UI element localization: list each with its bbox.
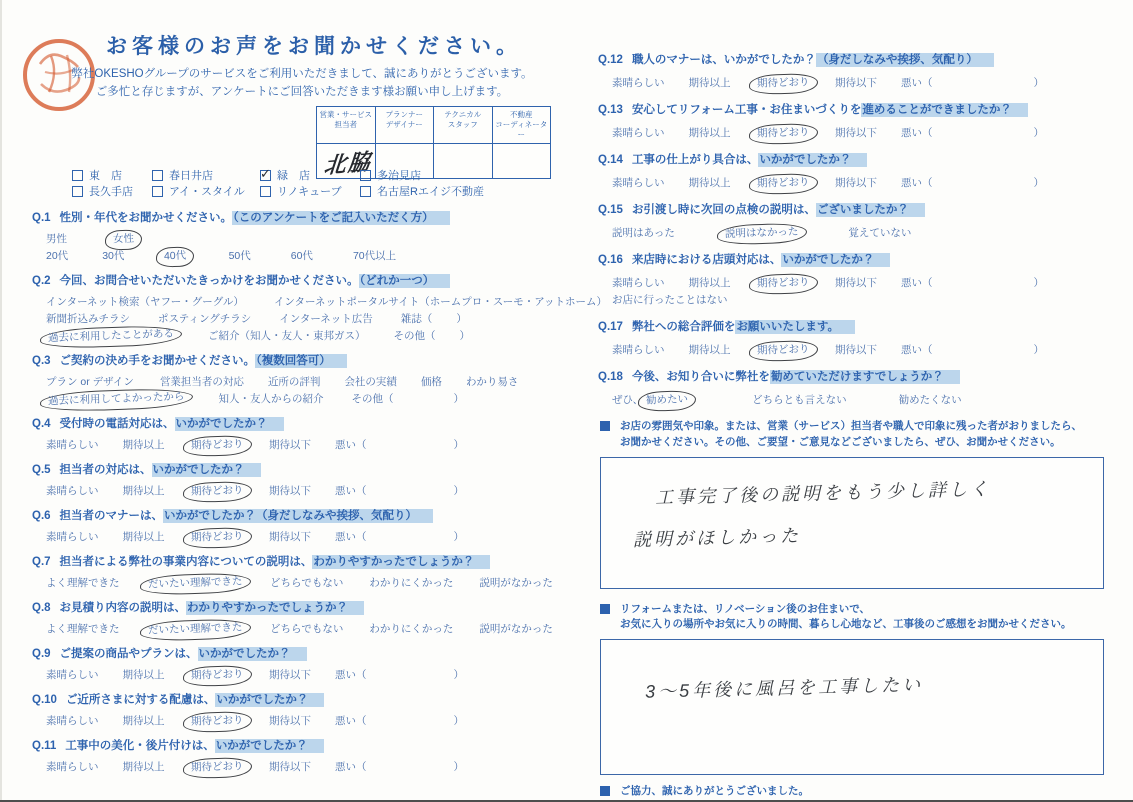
question-number: Q.7 (32, 556, 51, 568)
store-row: 長久手店アイ・スタイルリノキューブ名古屋Rエイジ不動産 (72, 183, 484, 199)
answer-option[interactable]: 60代 (291, 249, 313, 264)
pen-circle-mark: だいたい理解できた (139, 618, 250, 642)
paren-close: ） (454, 714, 465, 729)
answer-option-selected[interactable]: 40代 (162, 249, 188, 264)
answer-row: 素晴らしい期待以上期待どおり期待以下悪い（） (32, 483, 548, 500)
paren-close: ） (454, 760, 465, 775)
question-q17: Q.17弊社への総合評価をお願いいたします。素晴らしい期待以上期待どおり期待以下… (598, 319, 1106, 359)
store-label: 長久手店 (89, 183, 133, 199)
question-title-text: 性別・年代をお聞かせください。 (60, 212, 233, 224)
store-checkbox-list: 東 店春日井店緑 店多治見店長久手店アイ・スタイルリノキューブ名古屋Rエイジ不動… (72, 167, 484, 199)
question-title-highlight: （身だしなみや挨拶、気配り） (816, 53, 994, 67)
question-title: Q.16来店時における店頭対応は、いかがでしたか？ (598, 252, 1106, 269)
question-number: Q.1 (32, 212, 51, 224)
question-title-highlight: いかがでしたか？（身だしなみや挨拶、気配り） (163, 509, 433, 523)
pen-circle-mark: だいたい理解できた (139, 572, 250, 596)
answer-option[interactable]: 期待以下 (269, 484, 311, 499)
question-q10: Q.10ご近所さまに対する配慮は、いかがでしたか？素晴らしい期待以上期待どおり期… (32, 692, 548, 730)
comment-section: リフォームまたは、リノベーション後のお住まいで、お気に入りの場所やお気に入りの時… (598, 602, 1106, 776)
store-option[interactable]: 春日井店 (152, 167, 260, 183)
answer-option-selected[interactable]: だいたい理解できた (146, 576, 245, 591)
answer-option-selected[interactable]: だいたい理解できた (146, 622, 245, 637)
answer-option[interactable]: 素晴らしい (46, 760, 99, 775)
store-label: 名古屋Rエイジ不動産 (377, 183, 484, 199)
question-title: Q.11工事中の美化・後片付けは、いかがでしたか？ (32, 738, 548, 755)
question-title-text: 工事中の美化・後片付けは、 (65, 740, 215, 752)
answer-option[interactable]: 素晴らしい (612, 343, 665, 358)
answer-row: お店に行ったことはない (598, 292, 1106, 309)
answer-option[interactable]: 素晴らしい (46, 668, 99, 683)
pen-circle-mark: 期待どおり (182, 711, 251, 733)
answer-option[interactable]: インターネット検索（ヤフー・グーグル） (46, 295, 244, 310)
paren-close: ） (1034, 176, 1045, 191)
answer-option[interactable]: 期待以上 (689, 76, 731, 91)
answer-row: 素晴らしい期待以上期待どおり期待以下悪い（） (32, 759, 548, 776)
answer-option[interactable]: 期待以上 (689, 276, 731, 291)
answer-option-selected[interactable]: 過去に利用してよかったから (46, 392, 187, 407)
intro-text: 弊社OKESHOグループのサービスをご利用いただきまして、誠にありがとうございま… (42, 66, 562, 102)
question-title-highlight: （複数回答可） (255, 354, 347, 368)
checkbox-icon[interactable] (72, 170, 83, 181)
answer-row: よく理解できただいたい理解できたどちらでもないわかりにくかった説明がなかった (32, 621, 548, 638)
checkbox-icon[interactable] (360, 186, 371, 197)
answer-option[interactable]: 悪い（ (335, 484, 367, 499)
question-q3: Q.3ご契約の決め手をお聞かせください。（複数回答可）プラン or デザイン営業… (32, 353, 548, 408)
pen-circle-mark: 説明はなかった (717, 222, 807, 245)
answer-option[interactable]: 期待以下 (269, 668, 311, 683)
answer-row: よく理解できただいたい理解できたどちらでもないわかりにくかった説明がなかった (32, 575, 548, 592)
staff-role-header-line: デザイナー (377, 120, 433, 130)
answer-option[interactable]: 悪い（ (335, 530, 367, 545)
store-label: リノキューブ (277, 183, 342, 199)
answer-row: 素晴らしい期待以上期待どおり期待以下悪い（） (598, 75, 1106, 92)
answer-option[interactable]: 70代以上 (353, 249, 396, 264)
answer-option[interactable]: 悪い（ (335, 714, 367, 729)
footer-thanks: ご協力、誠にありがとうございました。 (598, 783, 1106, 798)
staff-role-header-line: プランナー (377, 110, 433, 120)
pen-circle-mark: 期待どおり (182, 665, 251, 687)
staff-role-header-line: 営業・サービス (318, 110, 374, 120)
question-title-text: 今回、お問合せいただいたきっかけをお聞かせください。 (60, 275, 359, 287)
question-number: Q.13 (598, 104, 623, 116)
answer-option-selected[interactable]: 女性 (111, 232, 136, 247)
answer-option[interactable]: 期待以上 (123, 760, 165, 775)
store-option[interactable]: 長久手店 (72, 183, 152, 199)
answer-option[interactable]: 素晴らしい (612, 126, 665, 141)
question-number: Q.8 (32, 602, 51, 614)
answer-option[interactable]: 素晴らしい (46, 438, 99, 453)
answer-row: 素晴らしい期待以上期待どおり期待以下悪い（） (598, 125, 1106, 142)
answer-option[interactable]: インターネットポータルサイト（ホームプロ・スーモ・アットホーム） (274, 295, 607, 310)
staff-role-table-header: 営業・サービス担当者プランナーデザイナーテクニカルスタッフ不動産コーディネーター (317, 107, 550, 144)
answer-option[interactable]: 勧めたくない (899, 393, 962, 408)
checkbox-icon[interactable] (260, 186, 271, 197)
question-title-text: ご提案の商品やプランは、 (60, 648, 198, 660)
comment-prompt-line-1: お店の雰囲気や印象。または、営業（サービス）担当者や職人で印象に残った者がおりま… (620, 419, 1082, 435)
answer-row: 説明はあった説明はなかった覚えていない (598, 225, 1106, 242)
question-title-text: 担当者の対応は、 (60, 464, 152, 476)
question-title-text: 工事の仕上がり具合は、 (632, 154, 759, 166)
answer-option[interactable]: 期待以下 (835, 126, 877, 141)
answer-option[interactable]: 新聞折込みチラシ (46, 312, 130, 327)
pen-circle-mark: 期待どおり (182, 481, 251, 503)
question-number: Q.9 (32, 648, 51, 660)
answer-option-selected[interactable]: ぜひ、勧めたい (612, 393, 690, 408)
checkbox-icon[interactable] (360, 170, 371, 181)
comment-prompt-line-2: お聞かせください。その他、ご要望・ご意見などございましたら、ぜひ、お聞かせくださ… (620, 435, 1082, 451)
answer-option[interactable]: 30代 (102, 249, 124, 264)
question-number: Q.12 (598, 54, 623, 66)
answer-option[interactable]: 雑誌（ (401, 312, 433, 327)
answer-option[interactable]: 悪い（ (335, 438, 367, 453)
question-title-highlight: いかがでしたか？ (152, 463, 261, 477)
answer-option[interactable]: 悪い（ (335, 668, 367, 683)
question-title-highlight: わかりやすかったでしょうか？ (186, 601, 364, 615)
answer-option[interactable]: 素晴らしい (612, 76, 665, 91)
question-q4: Q.4受付時の電話対応は、いかがでしたか？素晴らしい期待以上期待どおり期待以下悪… (32, 416, 548, 454)
question-number: Q.17 (598, 321, 623, 333)
answer-option[interactable]: わかり易さ (466, 375, 519, 390)
staff-role-value-cell[interactable] (493, 144, 551, 178)
answer-option-selected[interactable]: 期待どおり (189, 668, 246, 683)
question-title-highlight: いかがでしたか？ (198, 647, 307, 661)
comment-box[interactable]: 工事完了後の説明をもう少し詳しく説明がほしかった (600, 457, 1104, 589)
question-title-highlight: いかがでしたか？ (781, 253, 890, 267)
staff-role-header-cell: テクニカルスタッフ (434, 107, 493, 143)
question-title-highlight: いかがでしたか？ (215, 739, 324, 753)
answer-option-selected[interactable]: 期待どおり (755, 176, 812, 191)
answer-option[interactable]: わかりにくかった (369, 622, 453, 637)
question-title-highlight: いかがでしたか？ (215, 693, 324, 707)
question-number: Q.2 (32, 275, 51, 287)
answer-option[interactable]: 期待以上 (123, 438, 165, 453)
answer-option[interactable]: 価格 (421, 375, 442, 390)
answer-option-selected[interactable]: 説明はなかった (723, 226, 801, 241)
answer-option[interactable]: 期待以上 (689, 126, 731, 141)
answer-option-selected[interactable]: 期待どおり (755, 76, 812, 91)
answer-option-selected[interactable]: 期待どおり (189, 438, 246, 453)
question-number: Q.18 (598, 371, 623, 383)
question-title: Q.10ご近所さまに対する配慮は、いかがでしたか？ (32, 692, 548, 709)
paren-close: ） (1034, 76, 1045, 91)
answer-option[interactable]: どちらとも言えない (752, 393, 847, 408)
store-option[interactable]: 東 店 (72, 167, 152, 183)
answer-option[interactable]: 会社の実績 (344, 375, 397, 390)
question-number: Q.5 (32, 464, 51, 476)
question-number: Q.4 (32, 418, 51, 430)
answer-option[interactable]: 期待以下 (835, 276, 877, 291)
answer-option[interactable]: 男性 (46, 232, 67, 247)
staff-role-header-line: 担当者 (318, 120, 374, 130)
section-bullet-icon (600, 421, 610, 431)
question-q11: Q.11工事中の美化・後片付けは、いかがでしたか？素晴らしい期待以上期待どおり期… (32, 738, 548, 776)
paren-close: ） (460, 329, 471, 344)
questions-column-right: Q.12職人のマナーは、いかがでしたか？（身だしなみや挨拶、気配り）素晴らしい期… (598, 52, 1106, 798)
answer-option[interactable]: お店に行ったことはない (612, 293, 728, 308)
answer-option[interactable]: 悪い（ (335, 760, 367, 775)
pen-circle-mark: 期待どおり (182, 435, 251, 457)
question-title: Q.8お見積り内容の説明は、わかりやすかったでしょうか？ (32, 600, 548, 617)
answer-row: 素晴らしい期待以上期待どおり期待以下悪い（） (32, 713, 548, 730)
answer-option[interactable]: 近所の評判 (268, 375, 321, 390)
question-title-highlight: （このアンケートをご記入いただく方） (232, 211, 450, 225)
comment-prompt: お店の雰囲気や印象。または、営業（サービス）担当者や職人で印象に残った者がおりま… (598, 419, 1106, 451)
staff-role-header-cell: プランナーデザイナー (376, 107, 435, 143)
answer-option[interactable]: 期待以下 (269, 530, 311, 545)
paren-close: ） (454, 530, 465, 545)
section-bullet-icon (600, 786, 610, 796)
answer-option[interactable]: 素晴らしい (612, 276, 665, 291)
answer-option-selected[interactable]: 期待どおり (189, 484, 246, 499)
store-option[interactable]: リノキューブ (260, 183, 360, 199)
survey-page: お客様のお声をお聞かせください。 弊社OKESHOグループのサービスをご利用いた… (0, 0, 1133, 802)
question-title: Q.13安心してリフォーム工事・お住まいづくりを進めることができましたか？ (598, 102, 1106, 119)
staff-role-header-line: テクニカル (435, 110, 491, 120)
comment-prompt-line-1: リフォームまたは、リノベーション後のお住まいで、 (620, 602, 1072, 618)
question-number: Q.3 (32, 355, 51, 367)
answer-option[interactable]: よく理解できた (46, 622, 120, 637)
staff-role-header-cell: 不動産コーディネーター (493, 107, 551, 143)
comment-box[interactable]: 3～5年後に風呂を工事したい (600, 639, 1104, 775)
question-number: Q.6 (32, 510, 51, 522)
question-title-text: 安心してリフォーム工事・お住まいづくりを (632, 104, 861, 116)
question-q6: Q.6担当者のマナーは、いかがでしたか？（身だしなみや挨拶、気配り）素晴らしい期… (32, 508, 548, 546)
answer-option-selected[interactable]: 期待どおり (189, 714, 246, 729)
answer-option[interactable]: プラン or デザイン (46, 375, 134, 390)
answer-row: 素晴らしい期待以上期待どおり期待以下悪い（） (598, 275, 1106, 292)
answer-option-selected[interactable]: 期待どおり (755, 276, 812, 291)
answer-option[interactable]: ポスティングチラシ (158, 312, 251, 327)
question-q12: Q.12職人のマナーは、いかがでしたか？（身だしなみや挨拶、気配り）素晴らしい期… (598, 52, 1106, 92)
question-title: Q.12職人のマナーは、いかがでしたか？（身だしなみや挨拶、気配り） (598, 52, 1106, 69)
paren-close: ） (456, 312, 467, 327)
answer-option[interactable]: 素晴らしい (46, 714, 99, 729)
pen-circle-mark: 期待どおり (748, 340, 817, 362)
answer-option-selected[interactable]: 期待どおり (189, 530, 246, 545)
store-label: 春日井店 (169, 167, 213, 183)
question-q1: Q.1性別・年代をお聞かせください。（このアンケートをご記入いただく方）男性女性… (32, 210, 548, 265)
checkbox-checked-icon[interactable] (260, 170, 271, 181)
question-number: Q.15 (598, 204, 623, 216)
question-title-highlight: お願いいたします。 (735, 320, 855, 334)
question-q13: Q.13安心してリフォーム工事・お住まいづくりを進めることができましたか？素晴ら… (598, 102, 1106, 142)
answer-option[interactable]: 期待以上 (123, 484, 165, 499)
paren-close: ） (1034, 126, 1045, 141)
answer-option[interactable]: 説明がなかった (479, 576, 553, 591)
question-title: Q.2今回、お問合せいただいたきっかけをお聞かせください。（どれか一つ） (32, 273, 548, 290)
answer-option[interactable]: 悪い（ (901, 176, 933, 191)
question-q18: Q.18今後、お知り合いに弊社を勧めていただけますでしょうか？ぜひ、勧めたいどち… (598, 369, 1106, 409)
answer-option[interactable]: 素晴らしい (46, 484, 99, 499)
answer-row: プラン or デザイン営業担当者の対応近所の評判会社の実績価格わかり易さ (32, 374, 548, 391)
checkbox-icon[interactable] (152, 186, 163, 197)
answer-option[interactable]: 50代 (229, 249, 251, 264)
pen-circle-mark: 過去に利用してよかったから (40, 387, 193, 412)
answer-row: 素晴らしい期待以上期待どおり期待以下悪い（） (32, 437, 548, 454)
question-title-text: 弊社への総合評価を (632, 321, 736, 333)
paren-close: ） (454, 438, 465, 453)
store-option[interactable]: アイ・スタイル (152, 183, 260, 199)
question-title: Q.3ご契約の決め手をお聞かせください。（複数回答可） (32, 353, 548, 370)
store-option[interactable]: 名古屋Rエイジ不動産 (360, 183, 484, 199)
answer-option[interactable]: 期待以上 (689, 176, 731, 191)
answer-option[interactable]: 素晴らしい (612, 176, 665, 191)
answer-option[interactable]: 期待以下 (269, 760, 311, 775)
question-title-text: お引渡し時に次回の点検の説明は、 (632, 204, 816, 216)
answer-row: 新聞折込みチラシポスティングチラシインターネット広告雑誌（） (32, 311, 548, 328)
answer-option-selected[interactable]: 期待どおり (755, 126, 812, 141)
answer-option[interactable]: 期待以下 (835, 176, 877, 191)
answer-option[interactable]: その他（ (352, 392, 394, 407)
store-label: 緑 店 (277, 167, 310, 183)
store-option[interactable]: 多治見店 (360, 167, 421, 183)
question-number: Q.16 (598, 254, 623, 266)
answer-option-selected[interactable]: 期待どおり (189, 760, 246, 775)
answer-option[interactable]: 期待以上 (123, 714, 165, 729)
paren-close: ） (454, 392, 465, 407)
answer-option[interactable]: ご紹介（知人・友人・東邦ガス） (208, 329, 366, 344)
question-number: Q.11 (32, 740, 56, 752)
question-title: Q.15お引渡し時に次回の点検の説明は、ございましたか？ (598, 202, 1106, 219)
comment-prompt: リフォームまたは、リノベーション後のお住まいで、お気に入りの場所やお気に入りの時… (598, 602, 1106, 634)
question-title-text: 職人のマナーは、いかがでしたか？ (632, 54, 816, 66)
store-option[interactable]: 緑 店 (260, 167, 360, 183)
answer-row: 男性女性 (32, 231, 548, 248)
answer-option-selected[interactable]: 過去に利用したことがある (46, 329, 176, 344)
answer-option[interactable]: よく理解できた (46, 576, 120, 591)
answer-row: 素晴らしい期待以上期待どおり期待以下悪い（） (32, 667, 548, 684)
answer-option[interactable]: 覚えていない (848, 226, 911, 241)
question-title-highlight: 勧めていただけますでしょうか？ (770, 370, 960, 384)
question-number: Q.14 (598, 154, 623, 166)
scan-edge-left (0, 0, 2, 802)
question-title-highlight: （どれか一つ） (359, 274, 451, 288)
question-title-text: 今後、お知り合いに弊社を (632, 371, 770, 383)
answer-option[interactable]: 説明はあった (612, 226, 675, 241)
question-q2: Q.2今回、お問合せいただいたきっかけをお聞かせください。（どれか一つ）インター… (32, 273, 548, 345)
answer-option[interactable]: 悪い（ (901, 276, 933, 291)
paren-close: ） (1034, 343, 1045, 358)
answer-row: 20代30代40代50代60代70代以上 (32, 248, 548, 265)
paren-close: ） (454, 484, 465, 499)
comment-prompt-lines: リフォームまたは、リノベーション後のお住まいで、お気に入りの場所やお気に入りの時… (620, 602, 1072, 634)
paren-close: ） (1034, 276, 1045, 291)
answer-option[interactable]: 期待以上 (689, 343, 731, 358)
question-title: Q.6担当者のマナーは、いかがでしたか？（身だしなみや挨拶、気配り） (32, 508, 548, 525)
paren-close: ） (454, 668, 465, 683)
store-label: アイ・スタイル (169, 183, 245, 199)
page-title: お客様のお声をお聞かせください。 (106, 30, 522, 60)
pen-circle-mark: 勧めたい (638, 390, 697, 412)
pen-circle-mark: 期待どおり (182, 527, 251, 549)
handwritten-comment-line: 説明がほしかった (633, 514, 1090, 552)
question-title-highlight: 進めることができましたか？ (861, 103, 1028, 117)
question-title-text: 来店時における店頭対応は、 (632, 254, 782, 266)
footer-thanks-text: ご協力、誠にありがとうございました。 (620, 783, 809, 798)
pen-circle-mark: 40代 (156, 246, 195, 267)
store-label: 多治見店 (377, 167, 421, 183)
question-title: Q.1性別・年代をお聞かせください。（このアンケートをご記入いただく方） (32, 210, 548, 227)
answer-option[interactable]: 説明がなかった (479, 622, 553, 637)
question-title: Q.18今後、お知り合いに弊社を勧めていただけますでしょうか？ (598, 369, 1106, 386)
answer-option[interactable]: 期待以下 (835, 343, 877, 358)
answer-option[interactable]: 知人・友人からの紹介 (219, 392, 324, 407)
question-q9: Q.9ご提案の商品やプランは、いかがでしたか？素晴らしい期待以上期待どおり期待以… (32, 646, 548, 684)
comment-prompt-lines: お店の雰囲気や印象。または、営業（サービス）担当者や職人で印象に残った者がおりま… (620, 419, 1082, 451)
answer-option[interactable]: インターネット広告 (279, 312, 373, 327)
answer-option[interactable]: どちらでもない (270, 622, 343, 637)
answer-row: 素晴らしい期待以上期待どおり期待以下悪い（） (598, 342, 1106, 359)
question-q5: Q.5担当者の対応は、いかがでしたか？素晴らしい期待以上期待どおり期待以下悪い（… (32, 462, 548, 500)
staff-role-header-line: コーディネーター (494, 120, 550, 140)
question-q8: Q.8お見積り内容の説明は、わかりやすかったでしょうか？よく理解できただいたい理… (32, 600, 548, 638)
questions-column-left: Q.1性別・年代をお聞かせください。（このアンケートをご記入いただく方）男性女性… (32, 210, 548, 784)
answer-option[interactable]: 期待以上 (123, 530, 165, 545)
question-title: Q.14工事の仕上がり具合は、いかがでしたか？ (598, 152, 1106, 169)
question-title-text: ご契約の決め手をお聞かせください。 (60, 355, 256, 367)
answer-option[interactable]: 期待以下 (269, 714, 311, 729)
answer-option[interactable]: 期待以下 (835, 76, 877, 91)
pen-circle-mark: 期待どおり (748, 73, 817, 95)
answer-option[interactable]: 期待以上 (123, 668, 165, 683)
answer-option-selected[interactable]: 期待どおり (755, 343, 812, 358)
answer-row: インターネット検索（ヤフー・グーグル）インターネットポータルサイト（ホームプロ・… (32, 294, 548, 311)
question-q16: Q.16来店時における店頭対応は、いかがでしたか？素晴らしい期待以上期待どおり期… (598, 252, 1106, 309)
pen-circle-mark: 過去に利用したことがある (40, 325, 183, 350)
checkbox-icon[interactable] (152, 170, 163, 181)
staff-role-header-line: 不動産 (494, 110, 550, 120)
answer-option[interactable]: 営業担当者の対応 (160, 375, 244, 390)
intro-line-2: ご多忙と存じますが、アンケートにご回答いただきます様お願い申し上げます。 (42, 84, 562, 102)
answer-option[interactable]: 20代 (46, 249, 68, 264)
question-title-text: ご近所さまに対する配慮は、 (66, 694, 216, 706)
question-number: Q.10 (32, 694, 57, 706)
answer-row: 素晴らしい期待以上期待どおり期待以下悪い（） (32, 529, 548, 546)
pen-circle-mark: 期待どおり (182, 757, 251, 779)
answer-option[interactable]: その他（ (394, 329, 436, 344)
answer-option[interactable]: 悪い（ (901, 76, 933, 91)
intro-line-1: 弊社OKESHOグループのサービスをご利用いただきまして、誠にありがとうございま… (42, 66, 562, 84)
pen-circle-mark: 期待どおり (748, 173, 817, 195)
checkbox-icon[interactable] (72, 186, 83, 197)
answer-row: 過去に利用してよかったから知人・友人からの紹介その他（） (32, 391, 548, 408)
question-title-text: お見積り内容の説明は、 (60, 602, 187, 614)
answer-option[interactable]: 悪い（ (901, 126, 933, 141)
comment-prompt-line-2: お気に入りの場所やお気に入りの時間、暮らし心地など、工事後のご感想をお聞かせくだ… (620, 617, 1072, 633)
answer-row: ぜひ、勧めたいどちらとも言えない勧めたくない (598, 392, 1106, 409)
question-title: Q.9ご提案の商品やプランは、いかがでしたか？ (32, 646, 548, 663)
question-title-highlight: ございましたか？ (816, 203, 925, 217)
section-bullet-icon (600, 604, 610, 614)
question-q14: Q.14工事の仕上がり具合は、いかがでしたか？素晴らしい期待以上期待どおり期待以… (598, 152, 1106, 192)
answer-option[interactable]: 悪い（ (901, 343, 933, 358)
answer-option[interactable]: どちらでもない (270, 576, 343, 591)
answer-option[interactable]: 期待以下 (269, 438, 311, 453)
answer-option[interactable]: わかりにくかった (369, 576, 453, 591)
question-q15: Q.15お引渡し時に次回の点検の説明は、ございましたか？説明はあった説明はなかっ… (598, 202, 1106, 242)
question-title-highlight: わかりやすかったでしょうか？ (312, 555, 490, 569)
comment-section: お店の雰囲気や印象。または、営業（サービス）担当者や職人で印象に残った者がおりま… (598, 419, 1106, 589)
question-q7: Q.7担当者による弊社の事業内容についての説明は、わかりやすかったでしょうか？よ… (32, 554, 548, 592)
answer-option[interactable]: 素晴らしい (46, 530, 99, 545)
handwritten-comment-line: 3～5年後に風呂を工事したい (645, 666, 1090, 704)
staff-role-header-line: スタッフ (435, 120, 491, 130)
question-title-highlight: いかがでしたか？ (758, 153, 867, 167)
question-title: Q.5担当者の対応は、いかがでしたか？ (32, 462, 548, 479)
question-title: Q.17弊社への総合評価をお願いいたします。 (598, 319, 1106, 336)
pen-circle-mark: 期待どおり (748, 123, 817, 145)
answer-row: 過去に利用したことがあるご紹介（知人・友人・東邦ガス）その他（） (32, 328, 548, 345)
